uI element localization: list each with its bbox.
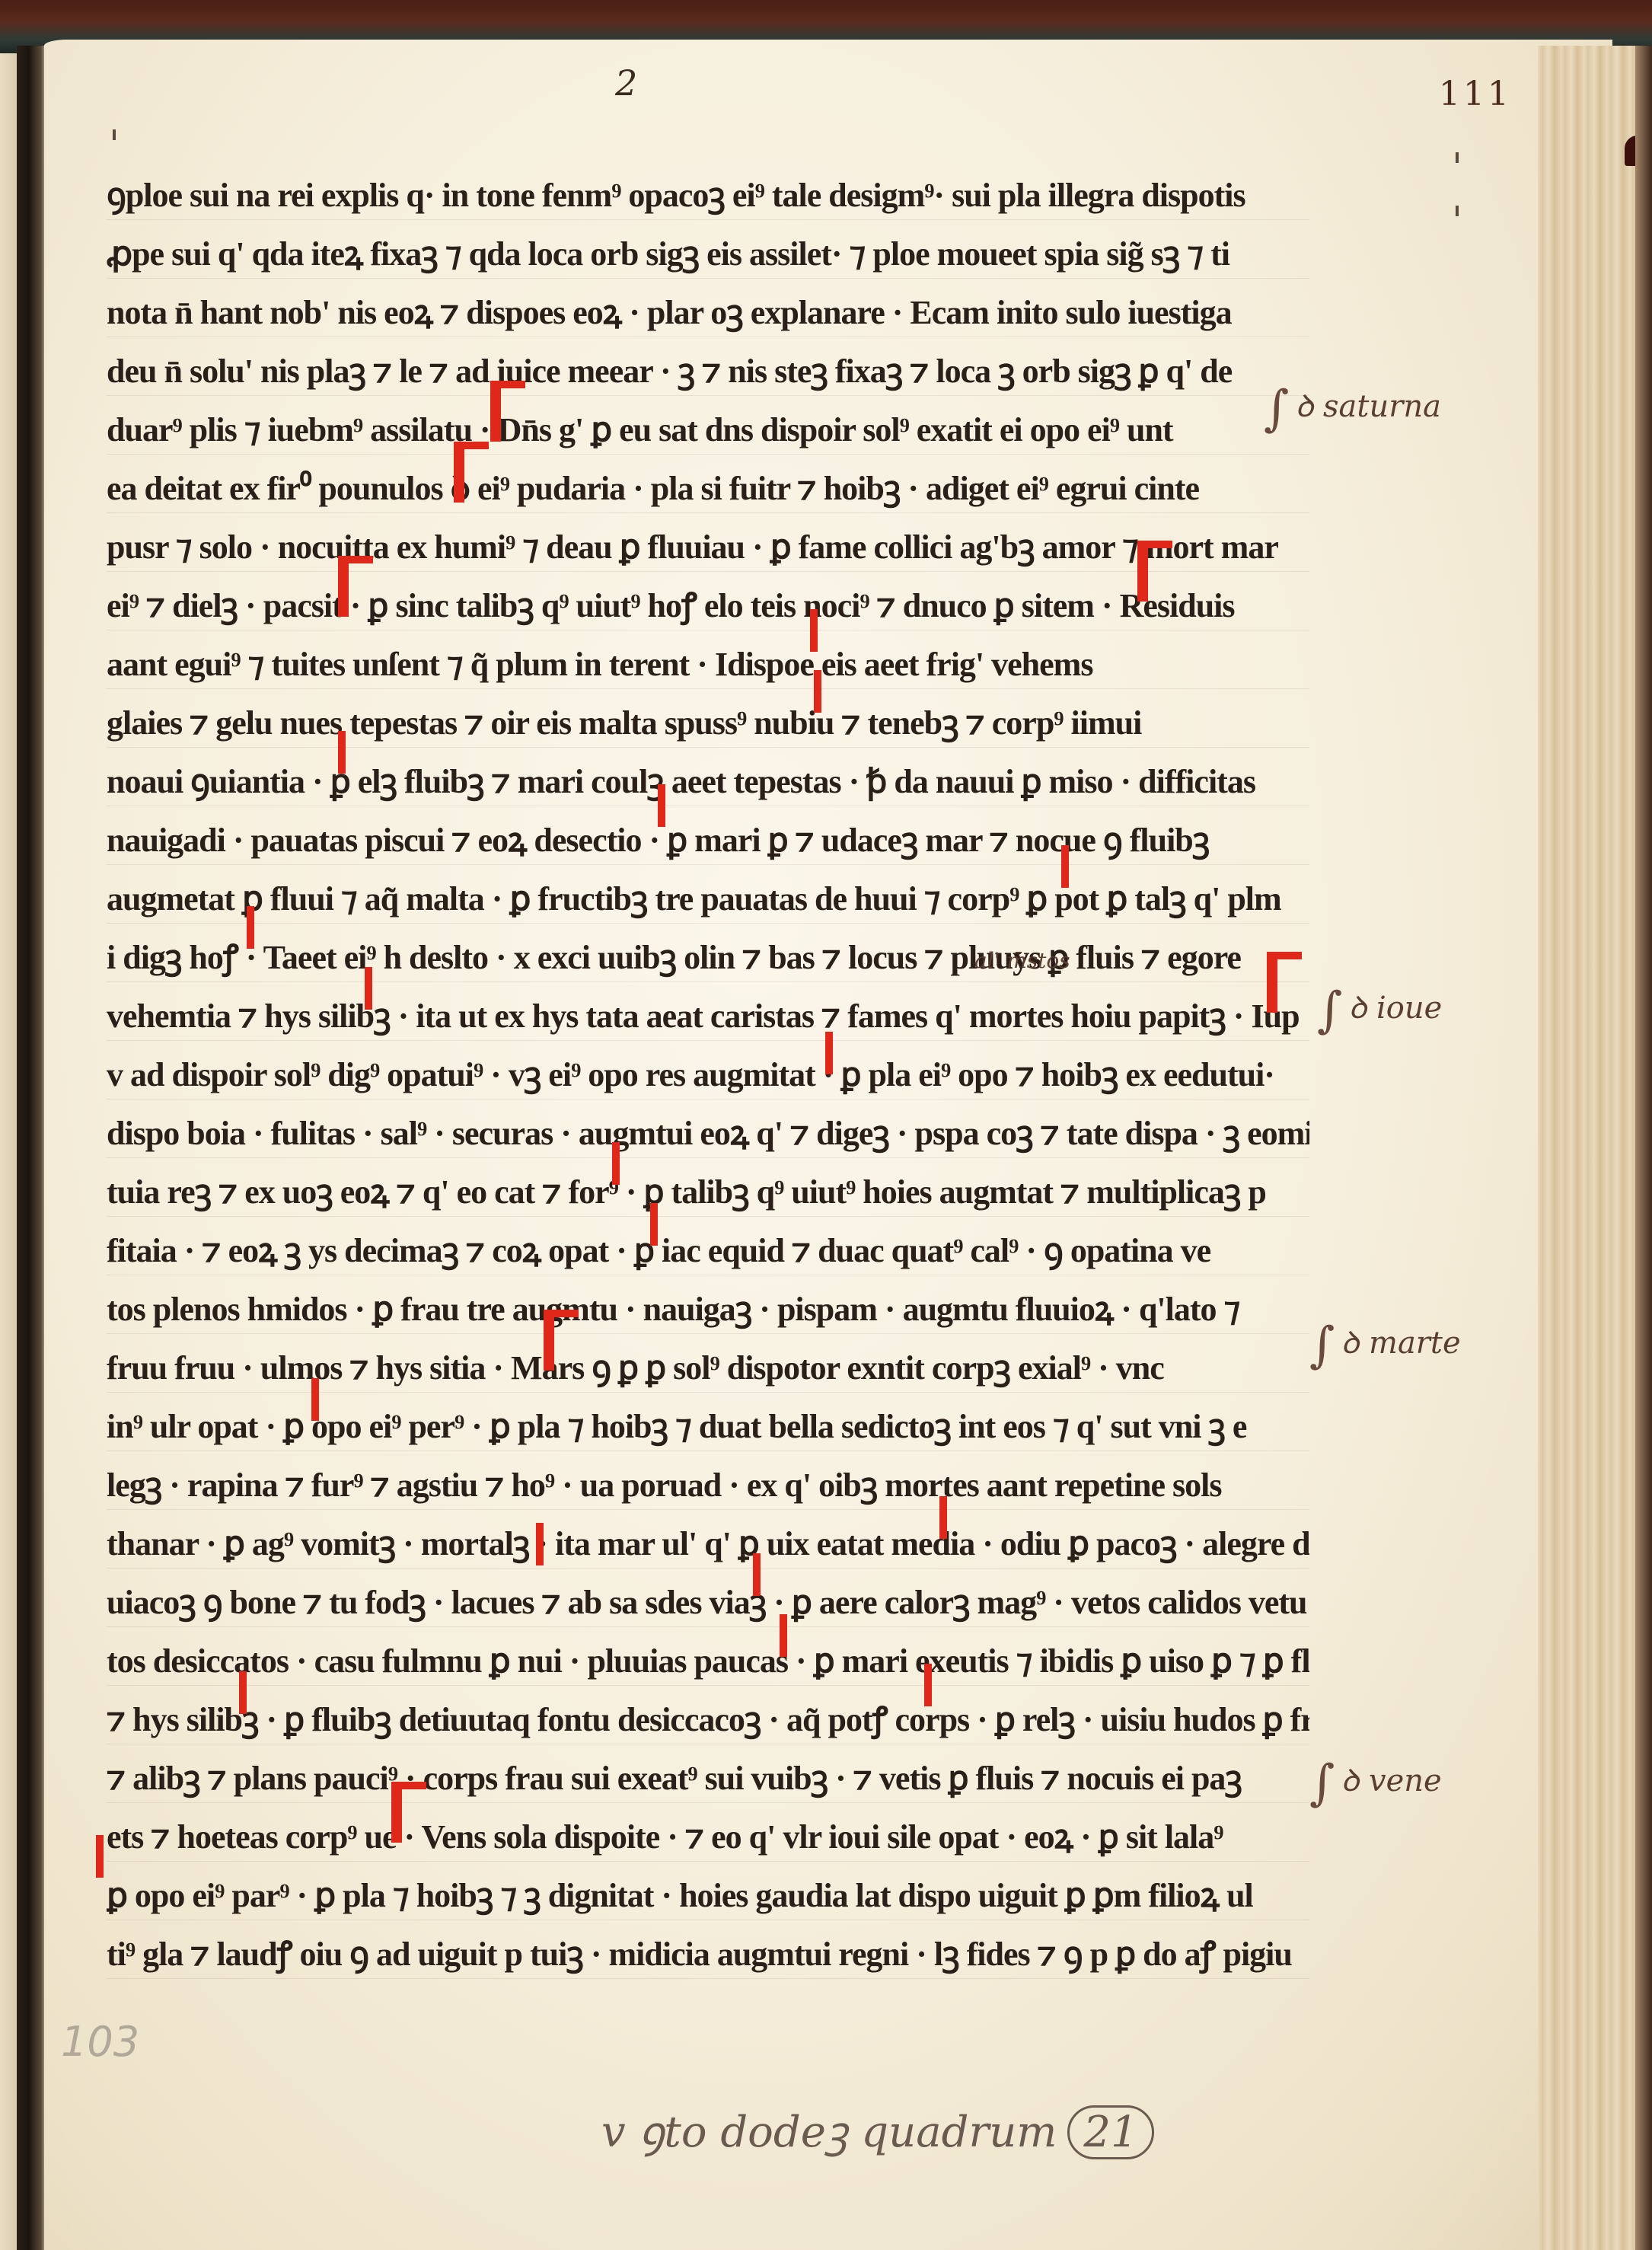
text-line: ets ⁊ hoeteas corp⁹ ue · Vens sola dispo… [107, 1811, 1309, 1869]
pricking-mark [1456, 152, 1459, 163]
main-text-block: ꝯploe sui na rei explis q· in tone fenm⁹… [107, 169, 1309, 1987]
bottom-note-text: v ꝯto dodeꝫ quadrum [601, 2108, 1057, 2157]
rubric-paraph [451, 442, 467, 503]
text-line: ti⁹ gla ⁊ laudꝭ oiu ꝯ ad uiguit p tuiꝫ ·… [107, 1928, 1309, 1987]
rubric-stroke [609, 1142, 623, 1185]
text-line: in⁹ ulr opat · ꝑ opo ei⁹ per⁹ · ꝑ pla ⁊ … [107, 1400, 1309, 1459]
rubric-paraph-venus [388, 1782, 405, 1843]
text-line: ⁊ hys silibꝫ · ꝑ fluibꝫ detiuutaq fontu … [107, 1693, 1309, 1752]
rubric-stroke [236, 1671, 250, 1714]
text-line: vehemtia ⁊ hys silibꝫ · ita ut ex hys ta… [107, 990, 1309, 1048]
rubric-stroke [335, 731, 349, 774]
page-number-top: 2 [615, 62, 637, 104]
page-fore-edge [1538, 46, 1652, 2250]
text-line: ⁊ alibꝫ ⁊ plans pauci⁹ · corps frau sui … [107, 1752, 1309, 1811]
clasp-icon [1625, 136, 1650, 166]
text-line: legꝫ · rapina ⁊ fur⁹ ⁊ agstiu ⁊ ho⁹ · ua… [107, 1459, 1309, 1518]
pricking-mark [113, 129, 116, 140]
rubric-stroke [750, 1553, 764, 1596]
bracket-icon: ∫ [1317, 982, 1342, 1039]
rubric-stroke [647, 1203, 661, 1246]
text-line: deu n̄ solu' nis plaꝫ ⁊ le ⁊ ad iuice me… [107, 345, 1309, 404]
rubric-stroke [308, 1378, 322, 1421]
margin-note-saturn: ∫ꝺ saturna [1264, 381, 1441, 437]
rubric-stroke [533, 1523, 547, 1565]
folio-number: 111 [1439, 75, 1512, 113]
text-line: ꝓpe sui q' qda iteꝝ fixaꝫ ⁊ qda loca orb… [107, 228, 1309, 286]
rubric-paraph [335, 556, 352, 617]
rubric-stroke [1058, 845, 1072, 888]
rubric-stroke [936, 1496, 950, 1539]
text-line: uiacoꝫ ꝯ bone ⁊ tu fodꝫ · lacues ⁊ ab sa… [107, 1576, 1309, 1635]
text-line: ꝑ opo ei⁹ par⁹ · ꝑ pla ⁊ hoibꝫ ⁊ ꝫ digni… [107, 1869, 1309, 1928]
pencil-shelfmark: 103 [61, 2018, 139, 2066]
text-line: pusr ⁊ solo · nocuitta ex humi⁹ ⁊ deau ꝑ… [107, 521, 1309, 579]
bracket-icon: ∫ [1264, 381, 1289, 437]
text-line: tos plenos hmidos · ꝑ frau tre augmtu · … [107, 1283, 1309, 1342]
rubric-stroke [807, 609, 821, 652]
text-line: glaies ⁊ gelu nues tepestas ⁊ oir eis ma… [107, 697, 1309, 755]
text-line: tuia reꝫ ⁊ ex uoꝫ eoꝝ ⁊ q' eo cat ⁊ for⁹… [107, 1166, 1309, 1224]
text-line: ꝯploe sui na rei explis q· in tone fenm⁹… [107, 169, 1309, 228]
margin-note-venus: ∫ꝺ vene [1309, 1755, 1442, 1811]
text-line: ei⁹ ⁊ dielꝫ · pacsit · ꝑ sinc talibꝫ q⁹ … [107, 579, 1309, 638]
text-line: dispo boia · fulitas · sal⁹ · securas · … [107, 1107, 1309, 1166]
rubric-stroke [244, 906, 257, 949]
text-line: v ad dispoir sol⁹ dig⁹ opatui⁹ · vꝫ ei⁹ … [107, 1048, 1309, 1107]
rubric-stroke [362, 967, 375, 1010]
rubric-stroke [822, 1032, 836, 1074]
interlinear-gloss: al' m̄stos [974, 948, 1070, 973]
text-line: i digꝫ hoꝭ · Taeet ei⁹ h deslto · x exci… [107, 931, 1309, 990]
rubric-paraph-jupiter [1264, 952, 1280, 1013]
bracket-icon: ∫ [1309, 1755, 1335, 1811]
rubric-stroke [655, 784, 668, 827]
margin-note-mars: ∫ꝺ marte [1309, 1317, 1461, 1374]
text-line: thanar · ꝑ ag⁹ vomitꝫ · mortalꝫ · ita ma… [107, 1518, 1309, 1576]
book-gutter [17, 46, 47, 2250]
text-line: nota n̄ hant nob' nis eoꝝ ⁊ dispoes eoꝝ … [107, 286, 1309, 345]
circled-quire-number: 21 [1067, 2105, 1153, 2159]
text-line: noaui ꝯuiantia · ꝑ elꝫ fluibꝫ ⁊ mari cou… [107, 755, 1309, 814]
rubric-stroke [811, 670, 824, 713]
text-line: duar⁹ plis ⁊ iuebm⁹ assilatu · Dn̄s g' ꝑ… [107, 404, 1309, 462]
text-line: augmetat ꝑ fluui ⁊ aq̃ malta · ꝑ fructib… [107, 873, 1309, 931]
bottom-catchword-note: v ꝯto dodeꝫ quadrum21 [601, 2102, 1154, 2159]
rubric-paraph-saturn [487, 381, 504, 442]
pricking-mark [1456, 206, 1459, 216]
text-line: aant egui⁹ ⁊ tuites unſent ⁊ q̃ plum in … [107, 638, 1309, 697]
rubric-stroke [921, 1664, 935, 1706]
bracket-icon: ∫ [1309, 1317, 1335, 1374]
rubric-stroke [93, 1835, 107, 1878]
margin-note-jupiter: ∫ꝺ ioue [1317, 982, 1442, 1039]
rubric-paraph [1134, 541, 1151, 602]
text-line: fitaia · ⁊ eoꝝ ꝫ ys decimaꝫ ⁊ coꝝ opat ·… [107, 1224, 1309, 1283]
text-line: ea deitat ex fir⁰ pounulos ꝺ ei⁹ pudaria… [107, 462, 1309, 521]
rubric-stroke [777, 1614, 790, 1657]
text-line: fruu fruu · ulmos ⁊ hys sitia · Mars ꝯ ꝑ… [107, 1342, 1309, 1400]
text-line: tos desiccatos · casu fulmnu ꝑ nui · plu… [107, 1635, 1309, 1693]
rubric-paraph-mars [541, 1310, 557, 1371]
text-line: nauigadi · pauatas piscui ⁊ eoꝝ desectio… [107, 814, 1309, 873]
